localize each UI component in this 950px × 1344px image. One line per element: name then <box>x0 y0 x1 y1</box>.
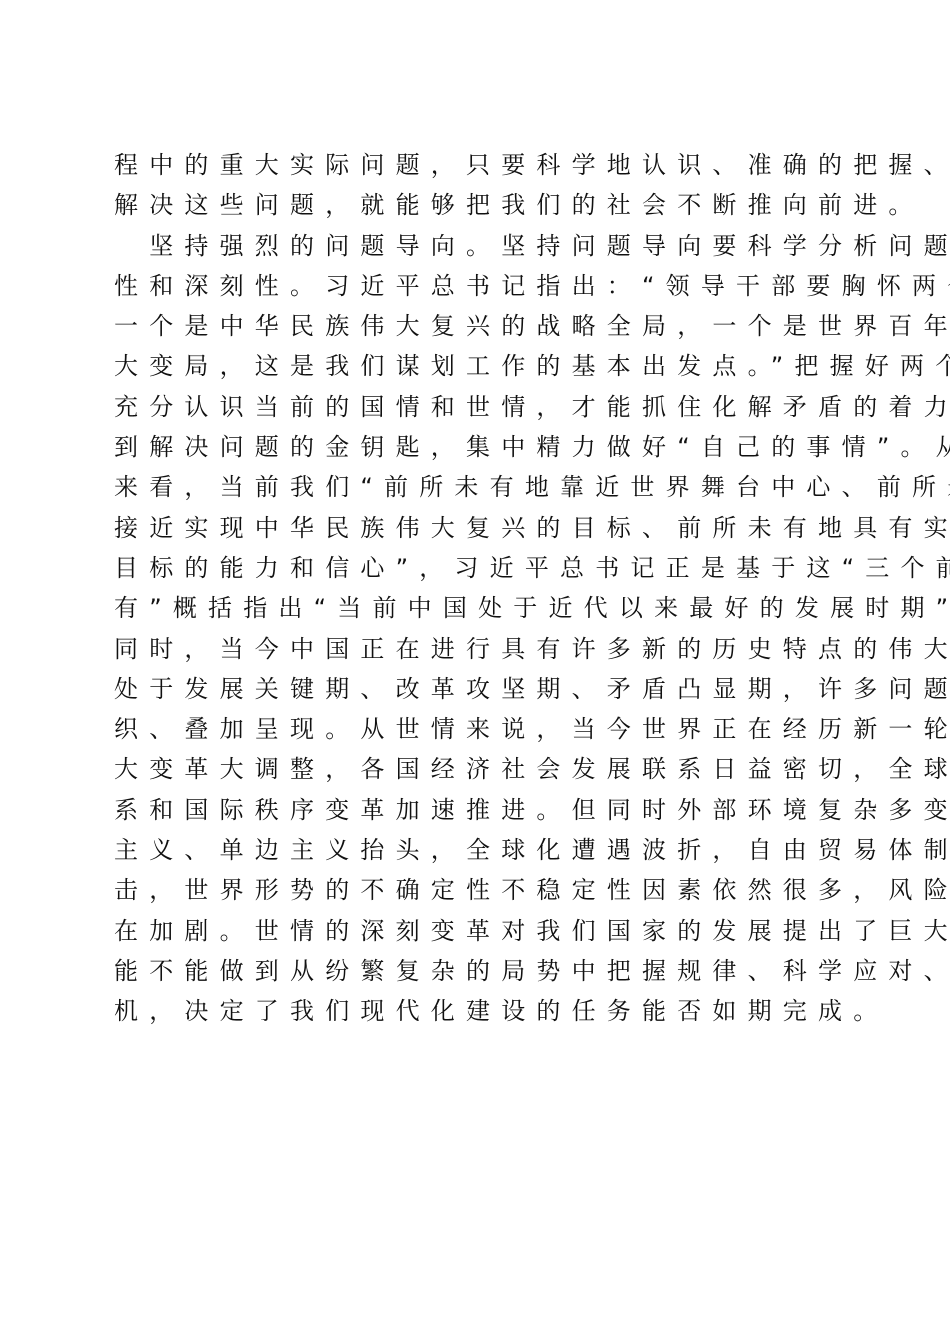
text-line: 能不能做到从纷繁复杂的局势中把握规律、科学应对、转危为 <box>114 951 834 991</box>
paragraph-start-line: 坚持强烈的问题导向。坚持问题导向要科学分析问题的必然 <box>114 226 834 266</box>
text-line: 机，决定了我们现代化建设的任务能否如期完成。 <box>114 991 834 1031</box>
text-line: 主义、单边主义抬头，全球化遭遇波折，自由贸易体制受到冲 <box>114 830 834 870</box>
text-line: 大变局，这是我们谋划工作的基本出发点。”把握好两个大局， <box>114 346 834 386</box>
text-line: 一个是中华民族伟大复兴的战略全局，一个是世界百年未有之 <box>114 306 834 346</box>
text-line: 同时，当今中国正在进行具有许多新的历史特点的伟大斗争， <box>114 629 834 669</box>
text-line: 织、叠加呈现。从世情来说，当今世界正在经历新一轮大发展 <box>114 709 834 749</box>
text-line: 解决这些问题，就能够把我们的社会不断推向前进。 <box>114 185 834 225</box>
text-line: 到解决问题的金钥匙，集中精力做好“自己的事情”。从国情 <box>114 427 834 467</box>
body-text: 程中的重大实际问题，只要科学地认识、准确的把握、正确地 解决这些问题，就能够把我… <box>114 145 834 1032</box>
text-line: 目标的能力和信心”，习近平总书记正是基于这“三个前所未 <box>114 548 834 588</box>
text-line: 在加剧。世情的深刻变革对我们国家的发展提出了巨大挑战， <box>114 911 834 951</box>
text-line: 大变革大调整，各国经济社会发展联系日益密切，全球治理体 <box>114 749 834 789</box>
text-line: 性和深刻性。习近平总书记指出：“领导干部要胸怀两个大局， <box>114 266 834 306</box>
text-line: 有”概括指出“当前中国处于近代以来最好的发展时期”。但 <box>114 588 834 628</box>
text-line: 处于发展关键期、改革攻坚期、矛盾凸显期，许多问题相互交 <box>114 669 834 709</box>
text-line: 来看，当前我们“前所未有地靠近世界舞台中心、前所未有地 <box>114 467 834 507</box>
text-line: 击，世界形势的不确定性不稳定性因素依然很多，风险挑战也 <box>114 870 834 910</box>
text-line: 充分认识当前的国情和世情，才能抓住化解矛盾的着力点，找 <box>114 387 834 427</box>
text-line: 程中的重大实际问题，只要科学地认识、准确的把握、正确地 <box>114 145 834 185</box>
document-page: 程中的重大实际问题，只要科学地认识、准确的把握、正确地 解决这些问题，就能够把我… <box>0 0 950 1344</box>
text-line: 接近实现中华民族伟大复兴的目标、前所未有地具有实现这个 <box>114 508 834 548</box>
text-line: 系和国际秩序变革加速推进。但同时外部环境复杂多变，保护 <box>114 790 834 830</box>
